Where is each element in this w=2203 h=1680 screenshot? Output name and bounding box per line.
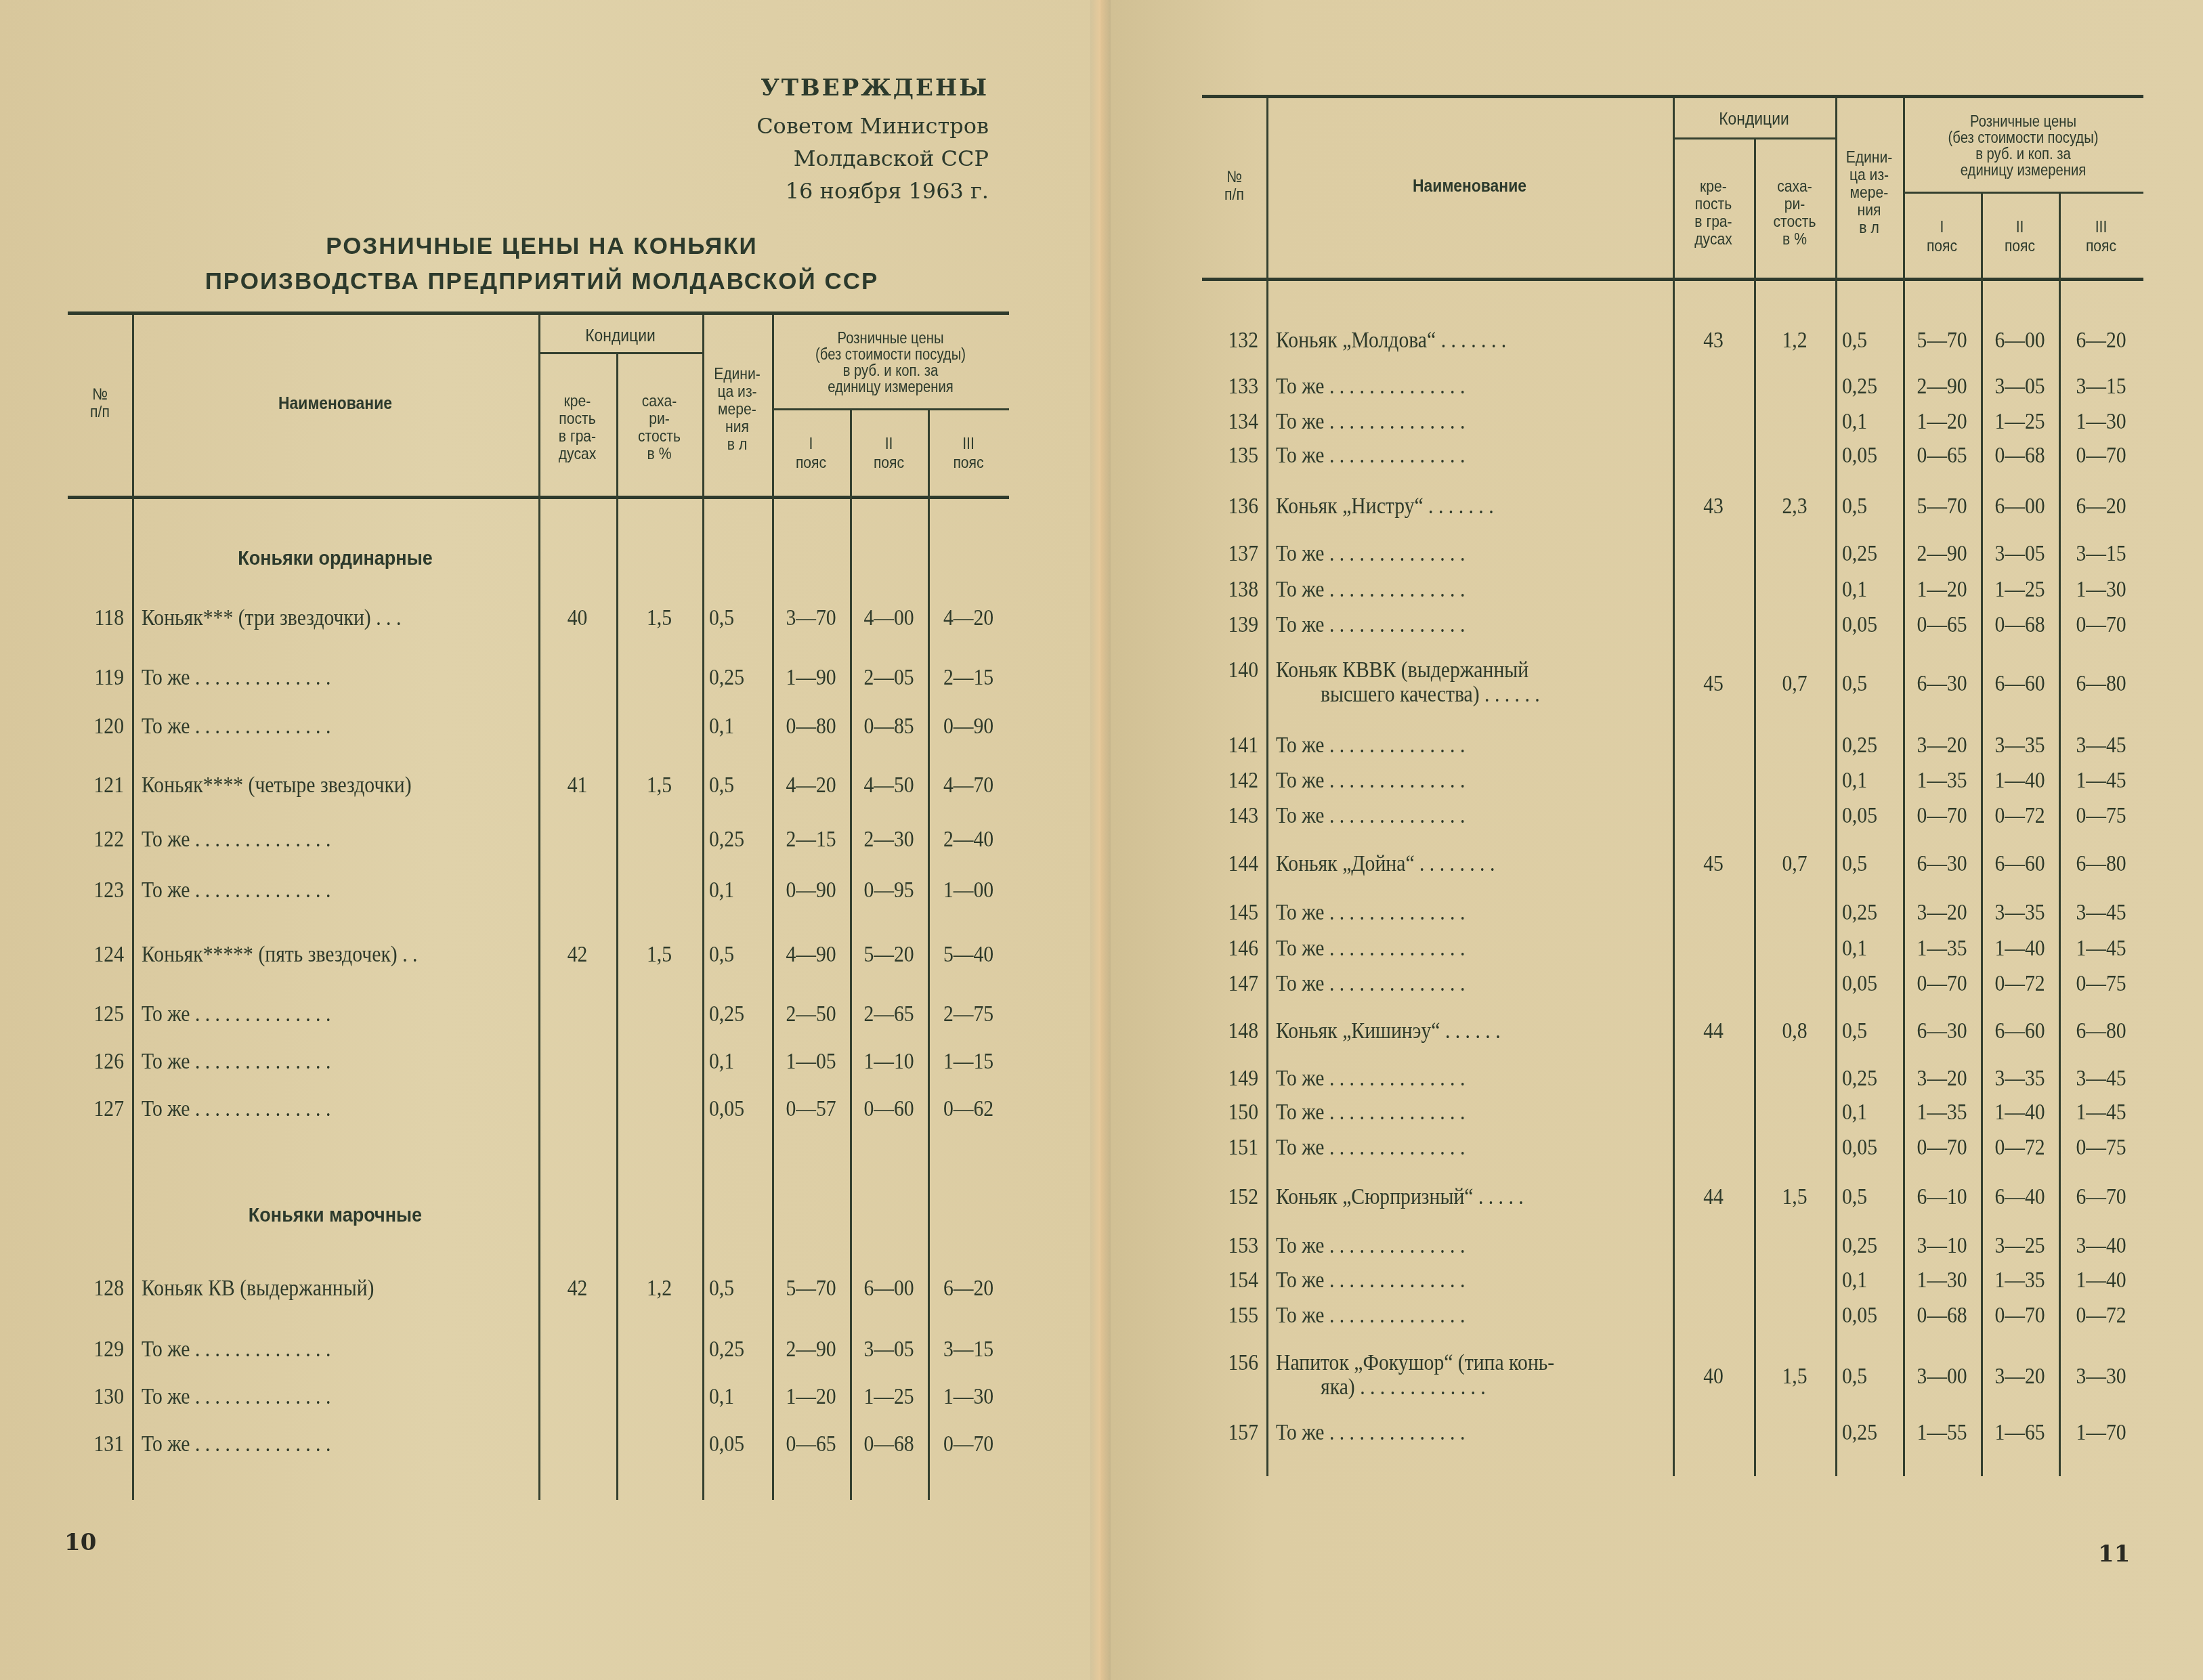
header-unit: ния [1839,202,1899,219]
header-unit: мере- [1839,184,1899,202]
row-price-zone1: 2—90 [1907,542,1977,566]
row-number: 151 [1207,1136,1258,1160]
row-name: То же . . . . . . . . . . . . . . [1276,1268,1629,1293]
row-name: То же . . . . . . . . . . . . . . [1276,1100,1629,1125]
row-price-zone3: 6—20 [2063,328,2139,353]
header-strength: дусах [1677,231,1749,249]
column-divider [1754,137,1756,1476]
row-number: 149 [1207,1067,1258,1091]
row-sugar: 0,7 [1758,672,1831,696]
row-unit: 0,5 [1842,494,1897,519]
row-unit: 0,1 [709,1050,766,1074]
row-unit: 0,25 [709,1002,766,1027]
row-unit: 0,1 [709,714,766,739]
row-name: То же . . . . . . . . . . . . . . [1276,769,1629,793]
row-price-zone1: 6—30 [1907,672,1977,696]
row-name: То же . . . . . . . . . . . . . . [142,714,495,739]
row-number: 137 [1207,542,1258,566]
row-price-zone1: 2—90 [1907,374,1977,399]
header-unit: ния [706,418,768,436]
row-name: Коньяк „Кишинэу“ . . . . . . [1276,1019,1629,1043]
header-zone2: пояс [855,454,923,472]
row-number: 120 [73,714,124,739]
header-unit: в л [706,436,768,454]
row-number: 136 [1207,494,1258,519]
row-number: 144 [1207,852,1258,876]
row-price-zone1: 3—20 [1907,733,1977,758]
row-name: То же . . . . . . . . . . . . . . [142,878,495,903]
row-name: То же . . . . . . . . . . . . . . [1276,1421,1629,1445]
header-prices: (без стоимости посуды) [786,345,995,363]
row-name: Напиток „Фокушор“ (типа конь- [1276,1351,1629,1375]
row-number: 148 [1207,1019,1258,1043]
row-unit: 0,25 [709,666,766,690]
row-unit: 0,25 [1842,1067,1897,1091]
row-price-zone1: 5—70 [1907,328,1977,353]
row-price-zone3: 0—70 [2063,613,2139,637]
header-strength: кре- [543,393,612,410]
row-number: 146 [1207,936,1258,961]
row-unit: 0,5 [709,1276,766,1301]
row-unit: 0,25 [709,1337,766,1362]
column-divider [538,315,540,1500]
row-price-zone3: 6—80 [2063,672,2139,696]
row-price-zone1: 0—68 [1907,1304,1977,1328]
row-price-zone3: 0—70 [932,1432,1005,1457]
header-no-sub: п/п [72,404,129,421]
row-name: То же . . . . . . . . . . . . . . [142,1050,495,1074]
row-strength: 44 [1677,1185,1750,1209]
row-price-zone3: 1—30 [2063,410,2139,434]
row-unit: 0,25 [709,827,766,852]
row-price-zone2: 3—05 [1985,374,2055,399]
row-name: То же . . . . . . . . . . . . . . [1276,374,1629,399]
row-price-zone3: 3—15 [2063,542,2139,566]
row-price-zone2: 6—00 [854,1276,924,1301]
row-price-zone3: 1—30 [932,1385,1005,1409]
row-price-zone1: 3—00 [1907,1364,1977,1389]
row-number: 138 [1207,578,1258,602]
header-strength: пость [1677,196,1749,213]
row-price-zone2: 3—35 [1985,1067,2055,1091]
row-unit: 0,1 [709,878,766,903]
row-price-zone3: 0—70 [2063,444,2139,468]
row-number: 128 [73,1276,124,1301]
row-sugar: 1,5 [620,773,698,798]
row-number: 155 [1207,1304,1258,1328]
row-price-zone1: 3—10 [1907,1234,1977,1258]
row-price-zone3: 0—75 [2063,972,2139,996]
header-prices: единицу измерения [1917,161,2129,179]
row-name: То же . . . . . . . . . . . . . . [142,1385,495,1409]
row-unit: 0,05 [1842,444,1897,468]
approval-date: 16 ноября 1963 г. [704,175,989,207]
row-sugar: 0,8 [1758,1019,1831,1043]
row-name: То же . . . . . . . . . . . . . . [1276,936,1629,961]
row-price-zone3: 4—70 [932,773,1005,798]
row-number: 145 [1207,901,1258,925]
header-zone1: пояс [1908,238,1976,255]
row-price-zone1: 1—20 [1907,410,1977,434]
row-price-zone1: 3—70 [776,606,847,630]
row-unit: 0,1 [1842,410,1897,434]
row-name: То же . . . . . . . . . . . . . . [142,1432,495,1457]
row-strength: 40 [1677,1364,1750,1389]
row-price-zone3: 3—45 [2063,901,2139,925]
row-price-zone1: 1—55 [1907,1421,1977,1445]
row-unit: 0,1 [1842,1268,1897,1293]
row-price-zone2: 1—25 [1985,410,2055,434]
row-price-zone1: 1—35 [1907,769,1977,793]
row-strength: 43 [1677,328,1750,353]
row-price-zone1: 0—90 [776,878,847,903]
row-price-zone1: 3—20 [1907,1067,1977,1091]
row-price-zone3: 3—15 [932,1337,1005,1362]
row-price-zone1: 0—70 [1907,1136,1977,1160]
row-price-zone3: 3—45 [2063,1067,2139,1091]
header-prices: (без стоимости посуды) [1917,129,2129,146]
row-number: 142 [1207,769,1258,793]
row-price-zone3: 3—45 [2063,733,2139,758]
row-strength: 43 [1677,494,1750,519]
row-unit: 0,05 [709,1097,766,1121]
row-number: 157 [1207,1421,1258,1445]
row-price-zone3: 6—70 [2063,1185,2139,1209]
row-number: 140 [1207,658,1258,683]
row-price-zone3: 6—20 [2063,494,2139,519]
page-number-left: 10 [64,1529,96,1556]
row-number: 119 [73,666,124,690]
row-price-zone2: 3—20 [1985,1364,2055,1389]
row-name: Коньяк*** (три звездочки) . . . [142,606,495,630]
row-price-zone3: 1—70 [2063,1421,2139,1445]
column-divider [616,352,618,1500]
header-name: Наименование [156,394,514,412]
row-number: 121 [73,773,124,798]
row-sugar: 2,3 [1758,494,1831,519]
row-price-zone1: 0—70 [1907,804,1977,828]
row-number: 153 [1207,1234,1258,1258]
row-unit: 0,5 [709,606,766,630]
row-name: То же . . . . . . . . . . . . . . [1276,1234,1629,1258]
header-prices: Розничные цены [1917,112,2129,130]
row-number: 124 [73,943,124,967]
header-zone2: пояс [1986,238,2054,255]
row-price-zone2: 6—60 [1985,672,2055,696]
approval-heading: УТВЕРЖДЕНЫ [704,74,989,102]
row-name: То же . . . . . . . . . . . . . . [142,1337,495,1362]
row-name: Коньяк КВВК (выдержанный [1276,658,1629,683]
row-price-zone2: 0—68 [854,1432,924,1457]
row-price-zone2: 1—65 [1985,1421,2055,1445]
column-divider [132,315,134,1500]
row-price-zone2: 0—95 [854,878,924,903]
column-divider [928,408,930,1500]
row-price-zone2: 4—00 [854,606,924,630]
header-name: Наименование [1291,177,1648,194]
row-number: 141 [1207,733,1258,758]
row-number: 123 [73,878,124,903]
row-price-zone2: 0—72 [1985,1136,2055,1160]
row-price-zone3: 3—15 [2063,374,2139,399]
approval-line1: Советом Министров [704,110,989,142]
row-unit: 0,25 [1842,1234,1897,1258]
row-name: Коньяк „Молдова“ . . . . . . . [1276,328,1629,353]
row-price-zone2: 1—25 [1985,578,2055,602]
row-sugar: 1,5 [620,943,698,967]
row-unit: 0,05 [1842,1304,1897,1328]
row-sugar: 1,5 [1758,1185,1831,1209]
row-price-zone2: 4—50 [854,773,924,798]
row-number: 152 [1207,1185,1258,1209]
column-divider [702,315,704,1500]
row-price-zone3: 6—20 [932,1276,1005,1301]
row-name: То же . . . . . . . . . . . . . . [1276,901,1629,925]
header-zone1: I [777,435,845,453]
column-divider [1903,98,1905,1476]
header-prices: единицу измерения [786,378,995,395]
row-strength: 45 [1677,852,1750,876]
header-unit: Едини- [706,366,768,383]
row-name: Коньяк „Нистру“ . . . . . . . [1276,494,1629,519]
row-price-zone2: 0—68 [1985,444,2055,468]
row-number: 130 [73,1385,124,1409]
row-name: То же . . . . . . . . . . . . . . [1276,578,1629,602]
row-number: 118 [73,606,124,630]
row-price-zone2: 3—05 [854,1337,924,1362]
row-name-cont: яка) . . . . . . . . . . . . . [1321,1375,1634,1400]
header-zone3: пояс [933,454,1004,472]
row-price-zone2: 6—40 [1985,1185,2055,1209]
row-strength: 45 [1677,672,1750,696]
header-strength: дусах [543,446,612,463]
row-price-zone2: 2—30 [854,827,924,852]
row-name: Коньяк КВ (выдержанный) [142,1276,495,1301]
header-strength: в гра- [543,428,612,446]
column-divider [1835,98,1837,1476]
row-price-zone1: 1—90 [776,666,847,690]
row-price-zone1: 0—70 [1907,972,1977,996]
column-divider [1673,98,1675,1476]
row-price-zone2: 1—25 [854,1385,924,1409]
row-price-zone1: 1—20 [1907,578,1977,602]
row-strength: 41 [542,773,613,798]
title-line1: РОЗНИЧНЫЕ ЦЕНЫ НА КОНЬЯКИ [135,229,948,264]
row-unit: 0,1 [1842,1100,1897,1125]
row-number: 134 [1207,410,1258,434]
row-price-zone3: 3—30 [2063,1364,2139,1389]
row-name: То же . . . . . . . . . . . . . . [1276,613,1629,637]
row-number: 147 [1207,972,1258,996]
header-unit: Едини- [1839,149,1899,167]
header-sugar: саха- [1759,178,1831,196]
header-sugar: ри- [1759,196,1831,213]
row-price-zone3: 2—75 [932,1002,1005,1027]
row-price-zone1: 2—15 [776,827,847,852]
header-sugar: саха- [622,393,698,410]
row-price-zone3: 0—90 [932,714,1005,739]
conditions-subrule [1673,137,1835,139]
column-divider [1266,98,1268,1476]
row-number: 150 [1207,1100,1258,1125]
header-zone3: пояс [2064,238,2139,255]
row-price-zone3: 2—15 [932,666,1005,690]
row-unit: 0,05 [1842,804,1897,828]
row-price-zone3: 1—45 [2063,769,2139,793]
header-no-sub: п/п [1206,186,1263,204]
row-unit: 0,5 [1842,852,1897,876]
row-price-zone3: 1—00 [932,878,1005,903]
row-name: То же . . . . . . . . . . . . . . [1276,410,1629,434]
row-sugar: 1,5 [1758,1364,1831,1389]
row-number: 126 [73,1050,124,1074]
row-number: 154 [1207,1268,1258,1293]
row-price-zone3: 1—30 [2063,578,2139,602]
row-price-zone2: 3—05 [1985,542,2055,566]
row-price-zone1: 6—30 [1907,852,1977,876]
header-prices: в руб. и коп. за [1917,145,2129,163]
row-price-zone2: 5—20 [854,943,924,967]
row-unit: 0,1 [1842,769,1897,793]
row-unit: 0,05 [1842,1136,1897,1160]
row-price-zone3: 1—40 [2063,1268,2139,1293]
header-conditions: Кондиции [1682,110,1825,127]
row-price-zone1: 0—57 [776,1097,847,1121]
header-unit: ца из- [706,383,768,401]
row-price-zone2: 1—40 [1985,936,2055,961]
header-sugar: стость [622,428,698,446]
row-number: 131 [73,1432,124,1457]
row-price-zone3: 0—72 [2063,1304,2139,1328]
row-unit: 0,1 [1842,936,1897,961]
row-name: То же . . . . . . . . . . . . . . [142,1097,495,1121]
header-prices: в руб. и коп. за [786,362,995,379]
row-price-zone2: 6—00 [1985,328,2055,353]
header-conditions: Кондиции [549,326,693,344]
header-unit: мере- [706,401,768,418]
row-price-zone2: 1—40 [1985,769,2055,793]
row-price-zone1: 1—35 [1907,1100,1977,1125]
header-prices: Розничные цены [786,329,995,347]
row-number: 135 [1207,444,1258,468]
row-price-zone3: 3—40 [2063,1234,2139,1258]
row-price-zone1: 3—20 [1907,901,1977,925]
section-heading: Коньяки ординарные [152,547,518,570]
column-divider [1981,192,1983,1476]
row-name-cont: высшего качества) . . . . . . [1321,683,1634,707]
row-name: То же . . . . . . . . . . . . . . [1276,972,1629,996]
row-unit: 0,5 [1842,1019,1897,1043]
prices-subrule [772,408,1009,410]
row-price-zone1: 2—50 [776,1002,847,1027]
row-price-zone3: 0—62 [932,1097,1005,1121]
row-price-zone1: 1—20 [776,1385,847,1409]
header-sugar: ри- [622,410,698,428]
row-strength: 42 [542,943,613,967]
row-price-zone1: 5—70 [1907,494,1977,519]
column-divider [772,315,774,1500]
row-price-zone2: 3—35 [1985,733,2055,758]
row-name: Коньяк „Дойна“ . . . . . . . . [1276,852,1629,876]
row-price-zone1: 0—65 [1907,613,1977,637]
section-heading: Коньяки марочные [152,1204,518,1227]
row-unit: 0,05 [709,1432,766,1457]
row-name: То же . . . . . . . . . . . . . . [142,827,495,852]
page-number-right: 11 [2098,1541,2130,1568]
row-sugar: 1,5 [620,606,698,630]
row-name: То же . . . . . . . . . . . . . . [1276,444,1629,468]
row-price-zone3: 1—45 [2063,936,2139,961]
header-sugar: в % [1759,231,1831,249]
header-zone3: III [2064,219,2139,236]
row-price-zone2: 1—10 [854,1050,924,1074]
row-price-zone2: 6—00 [1985,494,2055,519]
row-price-zone2: 0—70 [1985,1304,2055,1328]
row-price-zone1: 0—65 [776,1432,847,1457]
row-number: 122 [73,827,124,852]
header-zone1: пояс [777,454,845,472]
row-price-zone1: 5—70 [776,1276,847,1301]
row-unit: 0,05 [1842,972,1897,996]
row-sugar: 1,2 [620,1276,698,1301]
row-number: 125 [73,1002,124,1027]
row-price-zone3: 6—80 [2063,1019,2139,1043]
prices-subrule [1903,192,2143,194]
header-zone1: I [1908,219,1976,236]
row-name: То же . . . . . . . . . . . . . . [1276,1067,1629,1091]
row-number: 127 [73,1097,124,1121]
row-strength: 40 [542,606,613,630]
row-number: 129 [73,1337,124,1362]
row-name: Коньяк „Сюрпризный“ . . . . . [1276,1185,1629,1209]
row-price-zone1: 0—65 [1907,444,1977,468]
row-price-zone2: 1—35 [1985,1268,2055,1293]
row-price-zone2: 0—72 [1985,804,2055,828]
column-divider [2059,192,2061,1476]
row-unit: 0,05 [1842,613,1897,637]
row-price-zone3: 2—40 [932,827,1005,852]
row-price-zone2: 3—25 [1985,1234,2055,1258]
row-price-zone2: 0—60 [854,1097,924,1121]
header-zone2: II [1986,219,2054,236]
approval-block: УТВЕРЖДЕНЫ Советом Министров Молдавской … [704,74,989,207]
row-name: То же . . . . . . . . . . . . . . [142,666,495,690]
row-price-zone1: 1—30 [1907,1268,1977,1293]
row-name: То же . . . . . . . . . . . . . . [142,1002,495,1027]
row-name: То же . . . . . . . . . . . . . . [1276,1304,1629,1328]
row-unit: 0,25 [1842,901,1897,925]
row-price-zone2: 2—05 [854,666,924,690]
row-unit: 0,5 [1842,672,1897,696]
row-name: То же . . . . . . . . . . . . . . [1276,804,1629,828]
row-strength: 42 [542,1276,613,1301]
row-unit: 0,5 [1842,1185,1897,1209]
row-unit: 0,25 [1842,1421,1897,1445]
row-strength: 44 [1677,1019,1750,1043]
row-number: 139 [1207,613,1258,637]
row-unit: 0,25 [1842,733,1897,758]
row-price-zone3: 0—75 [2063,1136,2139,1160]
row-price-zone1: 4—20 [776,773,847,798]
approval-line2: Молдавской ССР [704,142,989,175]
row-number: 132 [1207,328,1258,353]
title-line2: ПРОИЗВОДСТВА ПРЕДПРИЯТИЙ МОЛДАВСКОЙ ССР [135,264,948,299]
row-price-zone2: 0—72 [1985,972,2055,996]
row-price-zone3: 6—80 [2063,852,2139,876]
book-spine [1090,0,1111,1680]
header-unit: в л [1839,219,1899,237]
row-unit: 0,1 [1842,578,1897,602]
